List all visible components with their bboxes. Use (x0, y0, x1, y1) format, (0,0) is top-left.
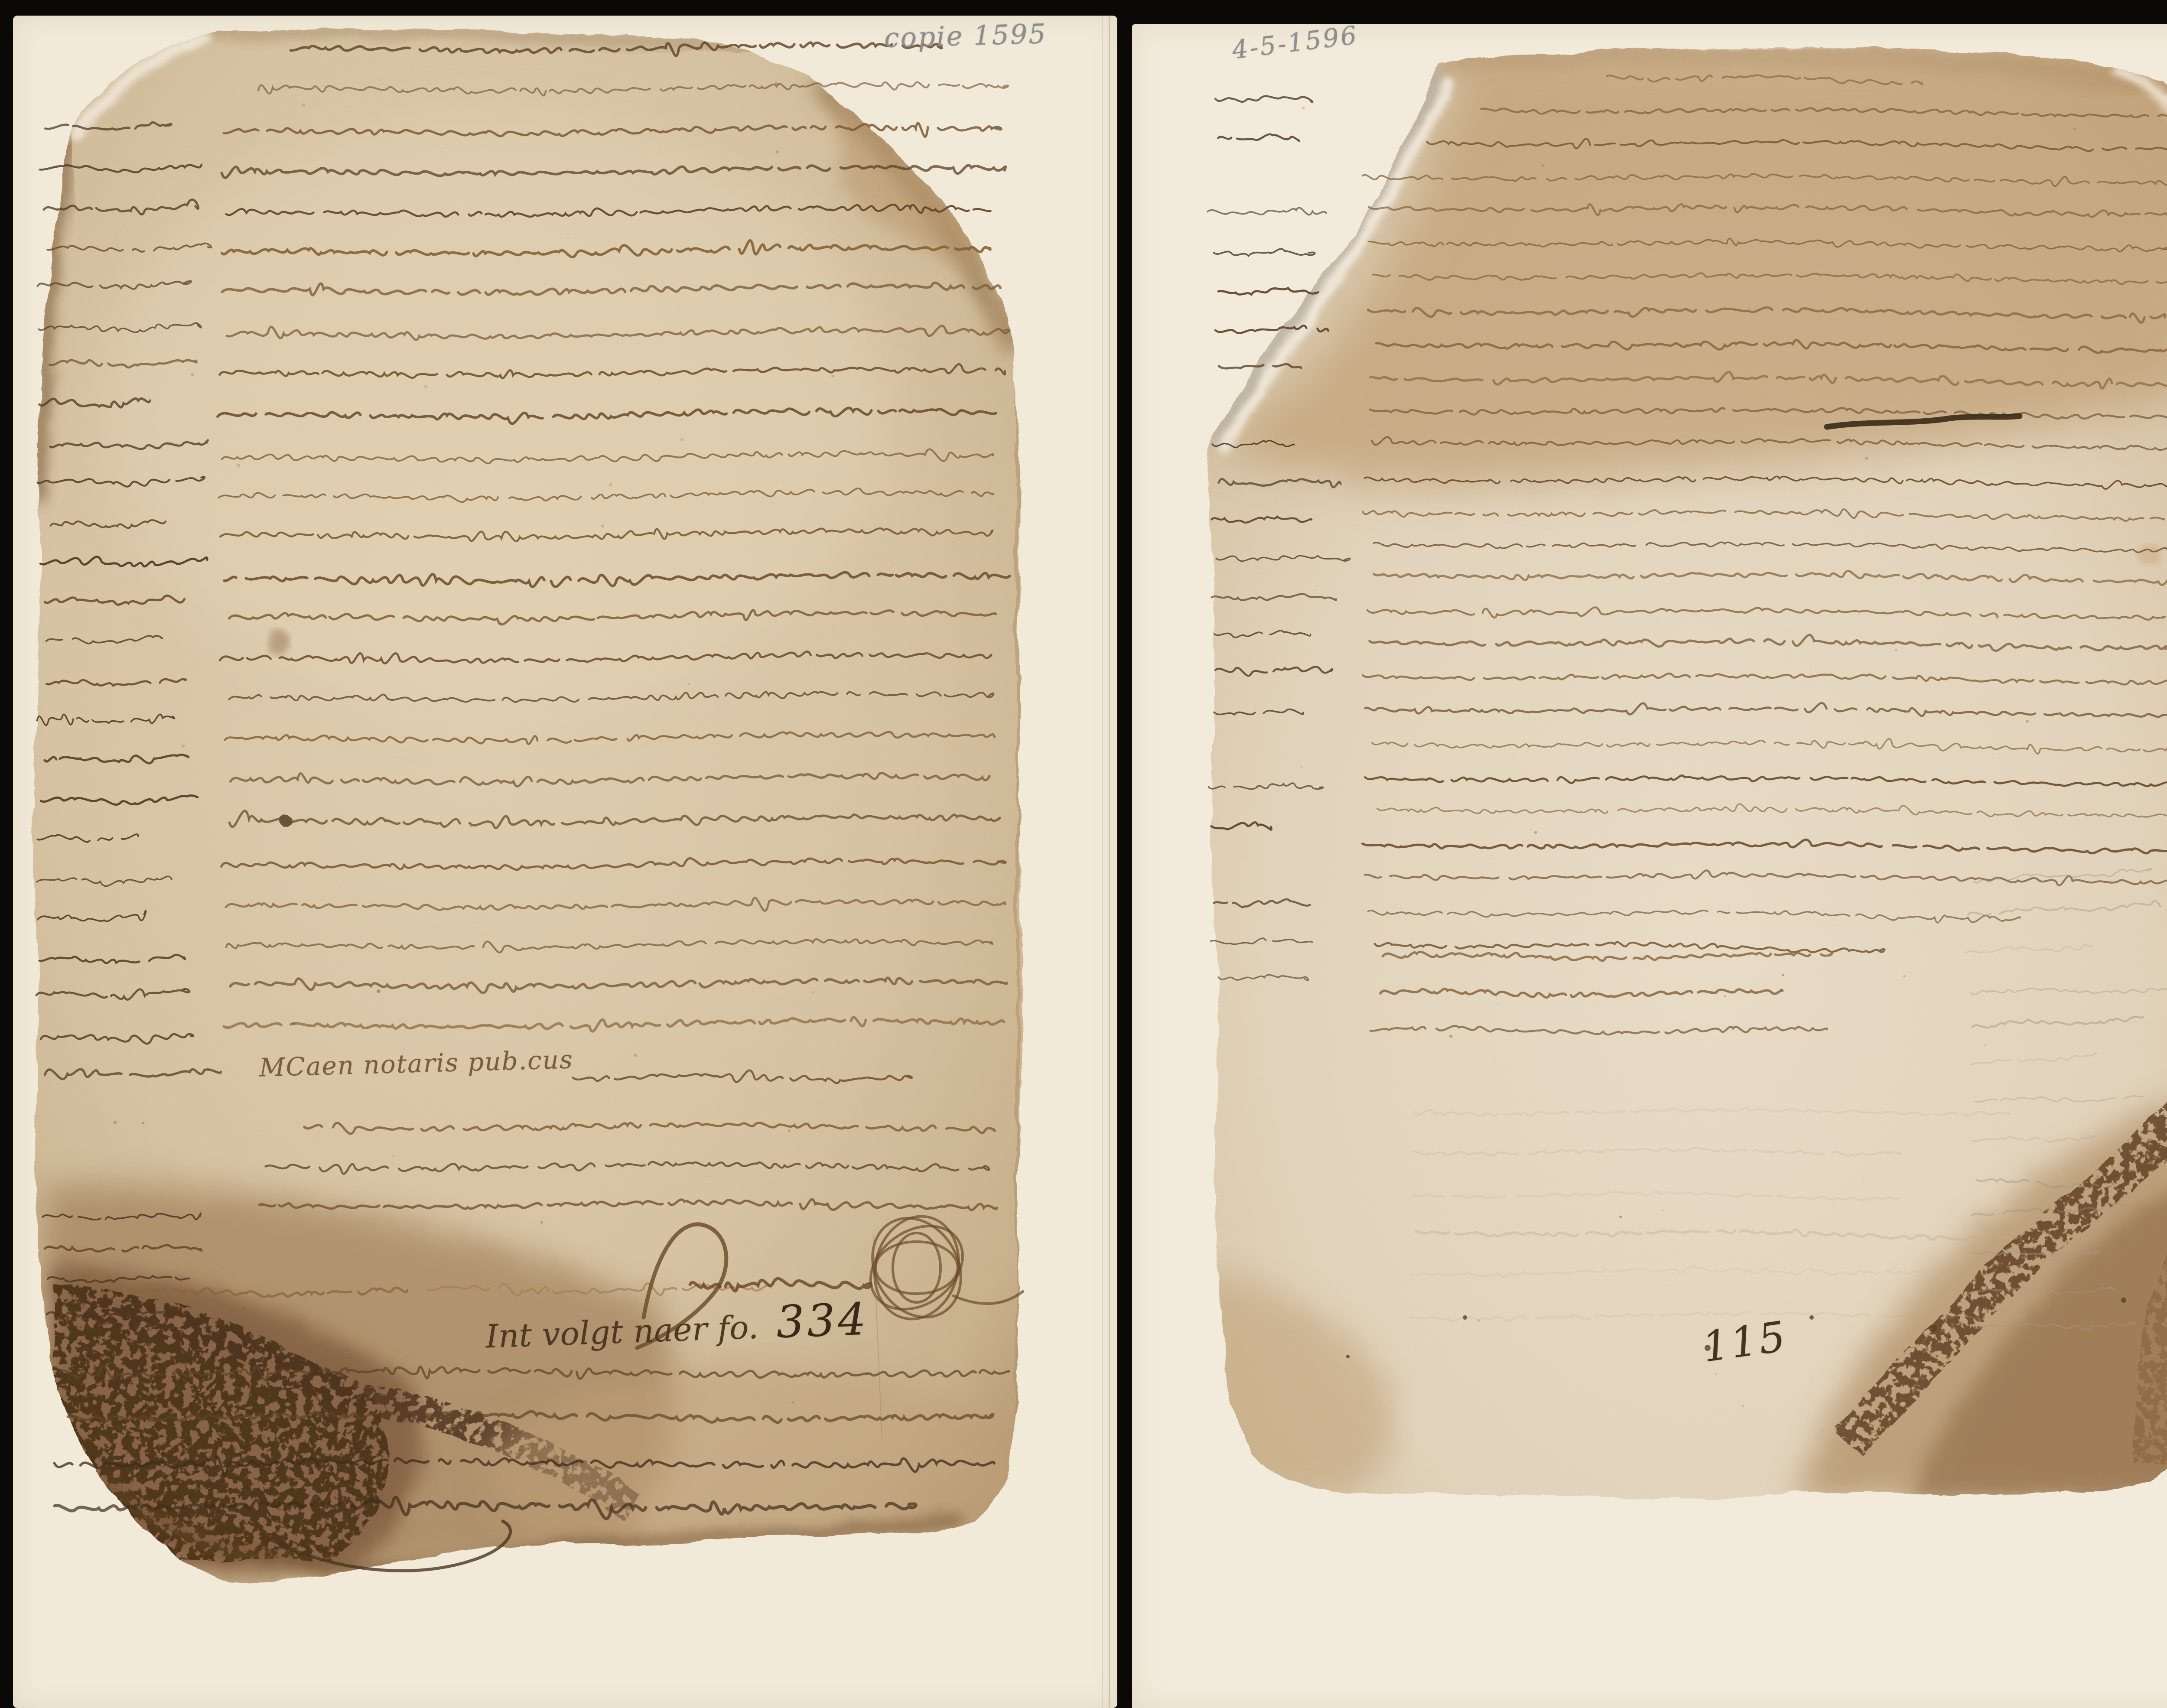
left-manuscript-page (17, 26, 1101, 1604)
folio-reference-text: Int volgt naer fo. (485, 1308, 759, 1355)
right-manuscript-page (1196, 35, 2167, 1526)
pencil-date-annotation-left: copie 1595 (884, 18, 1048, 54)
left-page-stains (17, 26, 1101, 1604)
right-page-stains (1196, 35, 2167, 1526)
board-edge-crease (1109, 16, 1110, 1708)
folio-number-334: 334 (775, 1294, 869, 1348)
board-edge-crease (1102, 16, 1103, 1708)
scan-background: copie 1595 4-5-1596 115 MCaen notaris pu… (0, 0, 2167, 1708)
